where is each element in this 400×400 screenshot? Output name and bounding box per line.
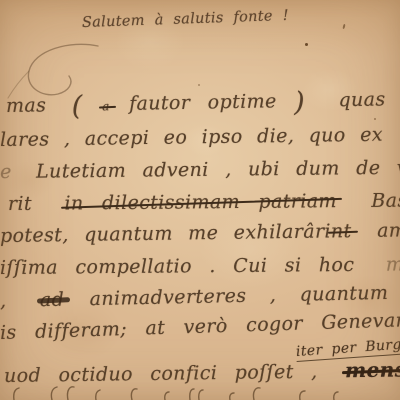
manuscript-line-10: uod octiduo confici poſſet , mense c	[4, 357, 400, 387]
line6-text-b: amica	[377, 219, 400, 242]
line6-struck-letters: nt	[331, 220, 352, 242]
line8-lead-comma: ,	[0, 290, 7, 312]
line6-text-a: potest, quantum me exhilarâri	[0, 220, 331, 247]
salutation-line: Salutem à salutis fonte !	[82, 8, 289, 31]
line7-clipped-word: mome	[386, 253, 400, 276]
ink-speck	[198, 84, 200, 86]
interlinear-insertion: iter per Burg	[295, 337, 400, 360]
line8-struck-word: ad	[40, 289, 65, 312]
manuscript-line-8: , ad animadverteres , quantum et P	[0, 280, 400, 312]
line2-text-c: quas amoris	[338, 87, 400, 111]
close-parenthesis: )	[294, 87, 305, 118]
line7-text: iſſima compellatio . Cui si hoc	[0, 254, 354, 279]
line10-struck-word: mense	[345, 357, 400, 382]
line5-text-a: rit	[8, 193, 32, 215]
line8-text: animadverteres , quantum et P	[89, 280, 400, 310]
line5-strikethrough-words: in dilectissimam patriam	[64, 190, 337, 214]
manuscript-line-4: e Lutetiam adveni , ubi dum de viâ , q	[0, 156, 400, 183]
ink-speck	[305, 43, 308, 46]
open-parenthesis: (	[71, 91, 82, 122]
manuscript-line-7: iſſima compellatio . Cui si hoc mome	[0, 253, 400, 279]
line2-text-b: fautor optime	[129, 90, 277, 115]
salutation-text: Salutem à salutis fonte !	[82, 8, 289, 31]
ink-speck	[374, 118, 376, 120]
line5-text-b: Basileam	[371, 189, 400, 212]
line9-text: is differam; at verò cogor Genevam	[0, 309, 400, 344]
ink-speck	[342, 24, 345, 29]
manuscript-line-3: lares , accepi eo ipso die, quo ex itine	[0, 123, 400, 151]
line4-text: Lutetiam adveni , ubi dum de viâ ,	[36, 156, 400, 182]
line3-text: lares , accepi eo ipso die, quo ex	[0, 124, 383, 151]
manuscript-line-9: is differam; at verò cogor Genevam	[0, 309, 400, 344]
line2-text-a: mas	[6, 94, 47, 117]
manuscript-photo: Salutem à salutis fonte ! mas ( a fautor…	[0, 0, 400, 400]
line4-clipped-lead: e	[0, 161, 12, 183]
clipped-bottom-line-strokes	[0, 384, 400, 400]
line2-struck-letter: a	[102, 99, 110, 113]
manuscript-line-5: rit in dilectissimam patriam Basileam	[8, 189, 400, 215]
manuscript-line-6: potest, quantum me exhilarârint amica	[0, 219, 400, 247]
